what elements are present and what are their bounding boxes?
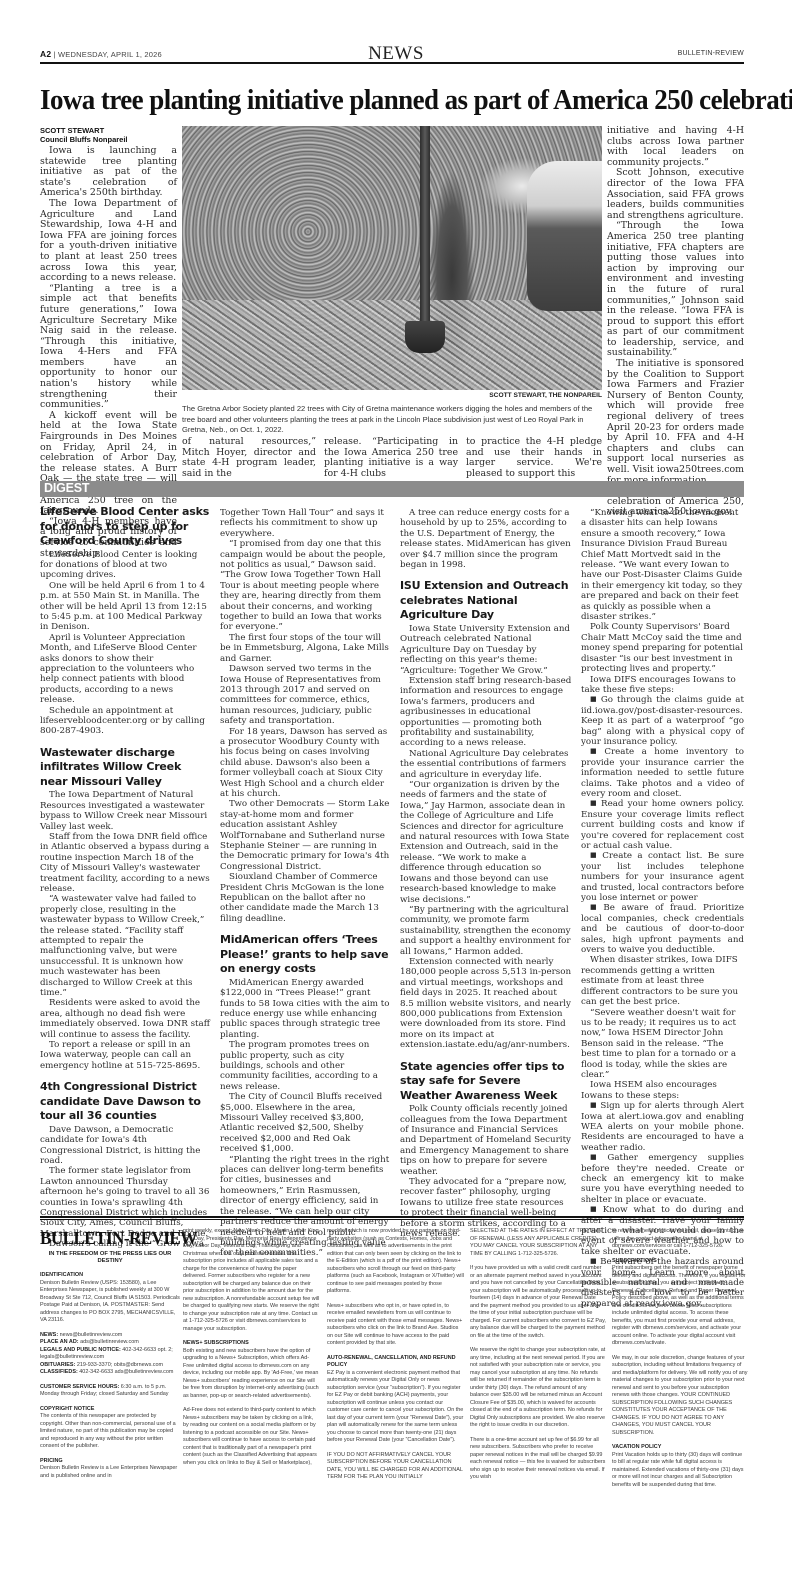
contact-classifieds: CLASSIFIEDS: 402-342-6633 ads@bulletinre… bbox=[40, 1369, 180, 1377]
digest-headline: ISU Extension and Outreach celebrates Na… bbox=[400, 579, 572, 623]
footer-heading: SUBSCRIPTIONS bbox=[612, 1258, 748, 1266]
footer-divider-thin bbox=[40, 1219, 744, 1220]
digest-label: DIGEST bbox=[44, 481, 89, 495]
article-paragraph: The initiative is sponsored by the Coali… bbox=[607, 359, 744, 486]
footer-heading: NEWS+ SUBSCRIPTIONS bbox=[183, 1340, 320, 1348]
masthead-motto: IN THE FREEDOM OF THE PRESS LIES OUR DES… bbox=[40, 1251, 180, 1266]
digest-column-1: LifeServe Blood Center asks for donors t… bbox=[40, 505, 210, 1250]
footer-text: If you have provided us with a valid cre… bbox=[470, 1265, 606, 1340]
byline-org: Council Bluffs Nonpareil bbox=[40, 135, 177, 144]
digest-paragraph: “Knowing what to do the moment a disaste… bbox=[581, 508, 744, 622]
article-column-3: release. “Participating in the Iowa Amer… bbox=[324, 437, 458, 479]
service-hours: CUSTOMER SERVICE HOURS: 6:30 a.m. to 5 p… bbox=[40, 1384, 180, 1399]
bullet-item: Create a contact list. Be sure your list… bbox=[581, 851, 744, 903]
digest-paragraph: “By partnering with the agricultural com… bbox=[400, 905, 572, 957]
footer-text: We may, in our sole discretion, change f… bbox=[612, 1355, 748, 1438]
bullet-item: Create a home inventory to provide your … bbox=[581, 747, 744, 799]
footer-text: There is a one-time account set up fee o… bbox=[470, 1437, 606, 1482]
digest-paragraph: The City of Council Bluffs received $5,0… bbox=[220, 1092, 390, 1154]
footer-column-5: to receive renewal notices via email, pl… bbox=[612, 1228, 748, 1489]
digest-headline: 4th Congressional District candidate Dav… bbox=[40, 1080, 210, 1124]
footer-heading: VACATION POLICY bbox=[612, 1444, 748, 1452]
contact-obits: OBITUARIES: 219-933-3370; obits@dbrnews.… bbox=[40, 1362, 180, 1370]
masthead-logo: BULLETIN-REVIEW bbox=[40, 1228, 173, 1249]
digest-paragraph: Two other Democrats — Storm Lake stay-at… bbox=[220, 799, 390, 872]
footer-column-4: SELECTED AT THE RATES IN EFFECT AT THE T… bbox=[470, 1228, 606, 1482]
footer-text: Both existing and new subscribers have t… bbox=[183, 1348, 320, 1401]
digest-paragraph: Iowa HSEM also encourages Iowans to thes… bbox=[581, 1080, 744, 1101]
footer-column-3: much of which is now provided by our par… bbox=[327, 1228, 464, 1482]
digest-paragraph: One will be held April 6 from 1 to 4 p.m… bbox=[40, 581, 210, 633]
footer-column-1: IDENTIFICATION Denison Bulletin Review (… bbox=[40, 1272, 180, 1480]
digest-paragraph: Dawson served two terms in the Iowa Hous… bbox=[220, 664, 390, 726]
digest-paragraph: Together Town Hall Tour” and says it ref… bbox=[220, 508, 390, 539]
article-paragraph: of natural resources,” Mitch Hoyer, dire… bbox=[182, 437, 316, 479]
digest-paragraph: The first four stops of the tour will be… bbox=[220, 633, 390, 664]
digest-headline: MidAmerican offers ‘Trees Please!’ grant… bbox=[220, 933, 390, 977]
digest-paragraph: Extension connected with nearly 180,000 … bbox=[400, 957, 572, 1051]
digest-column-3: A tree can reduce energy costs for a hou… bbox=[400, 508, 572, 1239]
digest-paragraph: National Agriculture Day celebrates the … bbox=[400, 749, 572, 780]
footer-text: much of which is now provided by our par… bbox=[327, 1228, 464, 1296]
photo-credit: SCOTT STEWART, THE NONPAREIL bbox=[400, 392, 602, 399]
footer-text: News+ subscribers who opt in, or have op… bbox=[327, 1303, 464, 1348]
digest-headline: Wastewater discharge infiltrates Willow … bbox=[40, 746, 210, 790]
article-column-4: to practice the 4-H pledge and use their… bbox=[466, 437, 602, 479]
digest-paragraph: Schedule an appointment at lifeservebloo… bbox=[40, 706, 210, 737]
article-paragraph: initiative and having 4-H clubs across I… bbox=[607, 126, 744, 168]
footer-text: The contents of this newspaper are prote… bbox=[40, 1413, 180, 1451]
footer-text-caps: IF YOU DO NOT AFFIRMATIVELY CANCEL YOUR … bbox=[327, 1452, 464, 1482]
article-paragraph: Scott Johnson, executive director of the… bbox=[607, 168, 744, 221]
photo-boot bbox=[527, 161, 602, 311]
bullet-item: Gather emergency supplies before they're… bbox=[581, 1153, 744, 1205]
digest-column-2: Together Town Hall Tour” and says it ref… bbox=[220, 508, 390, 1259]
digest-paragraph: The Iowa Department of Natural Resources… bbox=[40, 790, 210, 832]
footer-text: to receive renewal notices via email, pl… bbox=[612, 1228, 748, 1251]
article-paragraph: release. “Participating in the Iowa Amer… bbox=[324, 437, 458, 479]
bullet-item: Read your home owners policy. Ensure you… bbox=[581, 799, 744, 851]
footer-text: We reserve the right to change your subs… bbox=[470, 1347, 606, 1430]
digest-paragraph: Polk County Supervisors' Board Chair Mat… bbox=[581, 622, 744, 674]
article-paragraph: A kickoff event will be held at the Iowa… bbox=[40, 411, 177, 517]
digest-paragraph: “A wastewater valve had failed to proper… bbox=[40, 894, 210, 998]
photo-soil bbox=[182, 300, 602, 390]
digest-paragraph: Iowa State University Extension and Outr… bbox=[400, 624, 572, 676]
article-column-2: of natural resources,” Mitch Hoyer, dire… bbox=[182, 437, 316, 479]
footer-text: Denison Bulletin Review is a Lee Enterpr… bbox=[40, 1465, 180, 1480]
footer-divider bbox=[40, 1216, 744, 1218]
digest-paragraph: The program promotes trees on public pro… bbox=[220, 1040, 390, 1092]
digest-paragraph: “Our organization is driven by the needs… bbox=[400, 780, 572, 905]
digest-paragraph: Siouxland Chamber of Commerce President … bbox=[220, 872, 390, 924]
byline-author: SCOTT STEWART bbox=[40, 126, 177, 135]
contact-news: NEWS: news@bulletinreview.com bbox=[40, 1332, 180, 1340]
footer-text: Denison Bulletin Review (USPS: 153580), … bbox=[40, 1280, 180, 1325]
article-paragraph: Iowa is launching a statewide tree plant… bbox=[40, 146, 177, 199]
article-paragraph: “Planting a tree is a simple act that be… bbox=[40, 284, 177, 411]
publication-name: BULLETIN-REVIEW bbox=[678, 50, 744, 57]
digest-paragraph: MidAmerican Energy awarded $122,000 in “… bbox=[220, 978, 390, 1040]
digest-paragraph: Extension staff bring research-based inf… bbox=[400, 676, 572, 749]
footer-text-caps: SELECTED AT THE RATES IN EFFECT AT THE T… bbox=[470, 1228, 606, 1258]
digest-section-bar: DIGEST bbox=[40, 481, 744, 497]
digest-paragraph: Staff from the Iowa DNR field office in … bbox=[40, 832, 210, 894]
article-paragraph: “Through the Iowa America 250 tree plant… bbox=[607, 221, 744, 359]
photo-caption: The Gretna Arbor Society planted 22 tree… bbox=[182, 404, 598, 436]
contact-ads: PLACE AN AD: ads@bulletinreview.com bbox=[40, 1339, 180, 1347]
digest-paragraph: Dave Dawson, a Democratic candidate for … bbox=[40, 1125, 210, 1167]
digest-paragraph: “I promised from day one that this campa… bbox=[220, 539, 390, 633]
footer-heading: PRICING bbox=[40, 1458, 180, 1466]
footer-text: Print subscribers get the benefit of new… bbox=[612, 1265, 748, 1348]
digest-paragraph: To report a release or spill in an Iowa … bbox=[40, 1040, 210, 1071]
digest-paragraph: When disaster strikes, Iowa DIFS recomme… bbox=[581, 955, 744, 1007]
footer-text: EZ Pay is a convenient electronic paymen… bbox=[327, 1370, 464, 1445]
digest-headline: LifeServe Blood Center asks for donors t… bbox=[40, 505, 210, 549]
digest-paragraph: April is Volunteer Appreciation Month, a… bbox=[40, 633, 210, 706]
article-headline: Iowa tree planting initiative planned as… bbox=[40, 84, 702, 117]
article-paragraph: The Iowa Department of Agriculture and L… bbox=[40, 199, 177, 284]
digest-paragraph: “Severe weather doesn't wait for us to b… bbox=[581, 1008, 744, 1081]
bullet-item: Go through the claims guide at iid.iowa.… bbox=[581, 695, 744, 747]
article-photo bbox=[182, 126, 602, 390]
header-divider bbox=[40, 62, 744, 64]
news-email-link[interactable]: news@bulletinreview.com bbox=[60, 1332, 123, 1338]
digest-headline: State agencies offer tips to stay safe f… bbox=[400, 1060, 572, 1104]
footer-text: print weekly, except: New Year's Day, Ma… bbox=[183, 1228, 320, 1333]
bullet-item: Be aware of fraud. Prioritize local comp… bbox=[581, 903, 744, 955]
footer-column-2: print weekly, except: New Year's Day, Ma… bbox=[183, 1228, 320, 1467]
footer-text: Ad-Free does not extend to third-party c… bbox=[183, 1407, 320, 1467]
photo-shovel-blade bbox=[405, 321, 445, 353]
footer-text: Print Vacation holds up to thirty (30) d… bbox=[612, 1452, 748, 1490]
digest-paragraph: Iowa DIFS encourages Iowans to take thes… bbox=[581, 675, 744, 696]
digest-paragraph: LifeServe Blood Center is looking for do… bbox=[40, 550, 210, 581]
photo-shovel-handle bbox=[420, 126, 430, 331]
digest-paragraph: Polk County officials recently joined co… bbox=[400, 1104, 572, 1177]
digest-paragraph: For 18 years, Dawson has served as a pro… bbox=[220, 727, 390, 800]
contact-legals: LEGALS AND PUBLIC NOTICE: 402-342-6633 o… bbox=[40, 1347, 180, 1362]
article-paragraph: to practice the 4-H pledge and use their… bbox=[466, 437, 602, 479]
footer-heading: AUTO-RENEWAL, CANCELLATION, AND REFUND P… bbox=[327, 1355, 464, 1370]
ads-email-link[interactable]: ads@bulletinreview.com bbox=[80, 1339, 139, 1345]
footer-heading: IDENTIFICATION bbox=[40, 1272, 180, 1280]
bullet-item: Sign up for alerts through Alert Iowa at… bbox=[581, 1101, 744, 1153]
article-column-5: initiative and having 4-H clubs across I… bbox=[607, 126, 744, 518]
footer-heading: COPYRIGHT NOTICE bbox=[40, 1406, 180, 1414]
digest-paragraph: A tree can reduce energy costs for a hou… bbox=[400, 508, 572, 570]
digest-column-4: “Knowing what to do the moment a disaste… bbox=[581, 508, 744, 1309]
digest-paragraph: Residents were asked to avoid the area, … bbox=[40, 998, 210, 1040]
